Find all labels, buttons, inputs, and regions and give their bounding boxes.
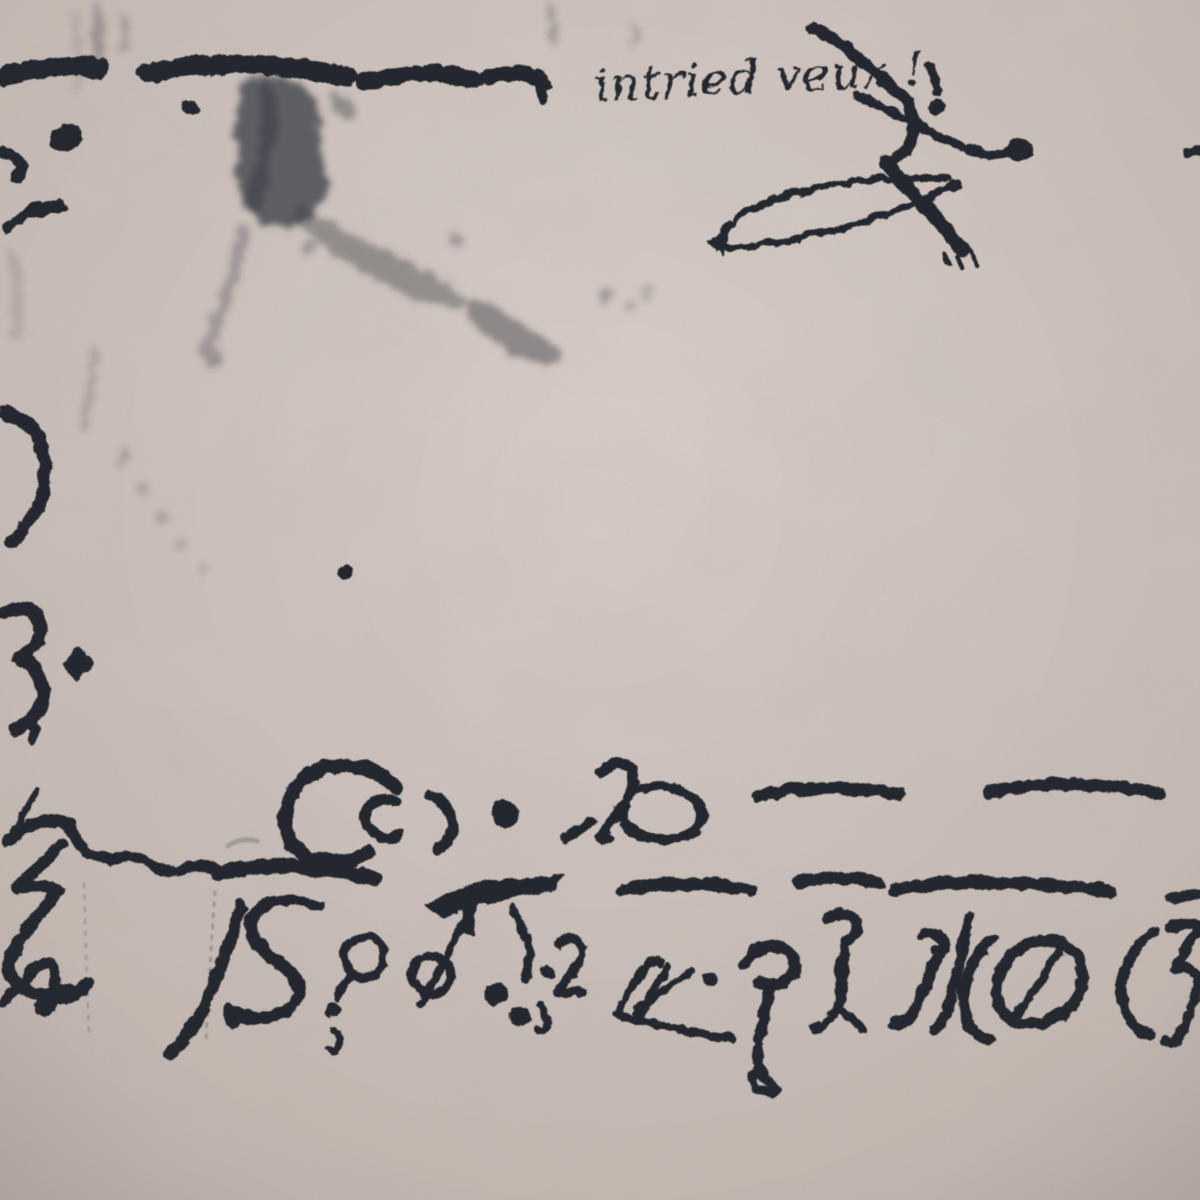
manuscript-page: intried veux ! xyxy=(0,0,1200,1200)
manuscript-photo: intried veux ! xyxy=(0,0,1200,1200)
vignette-overlay xyxy=(0,0,1200,1200)
